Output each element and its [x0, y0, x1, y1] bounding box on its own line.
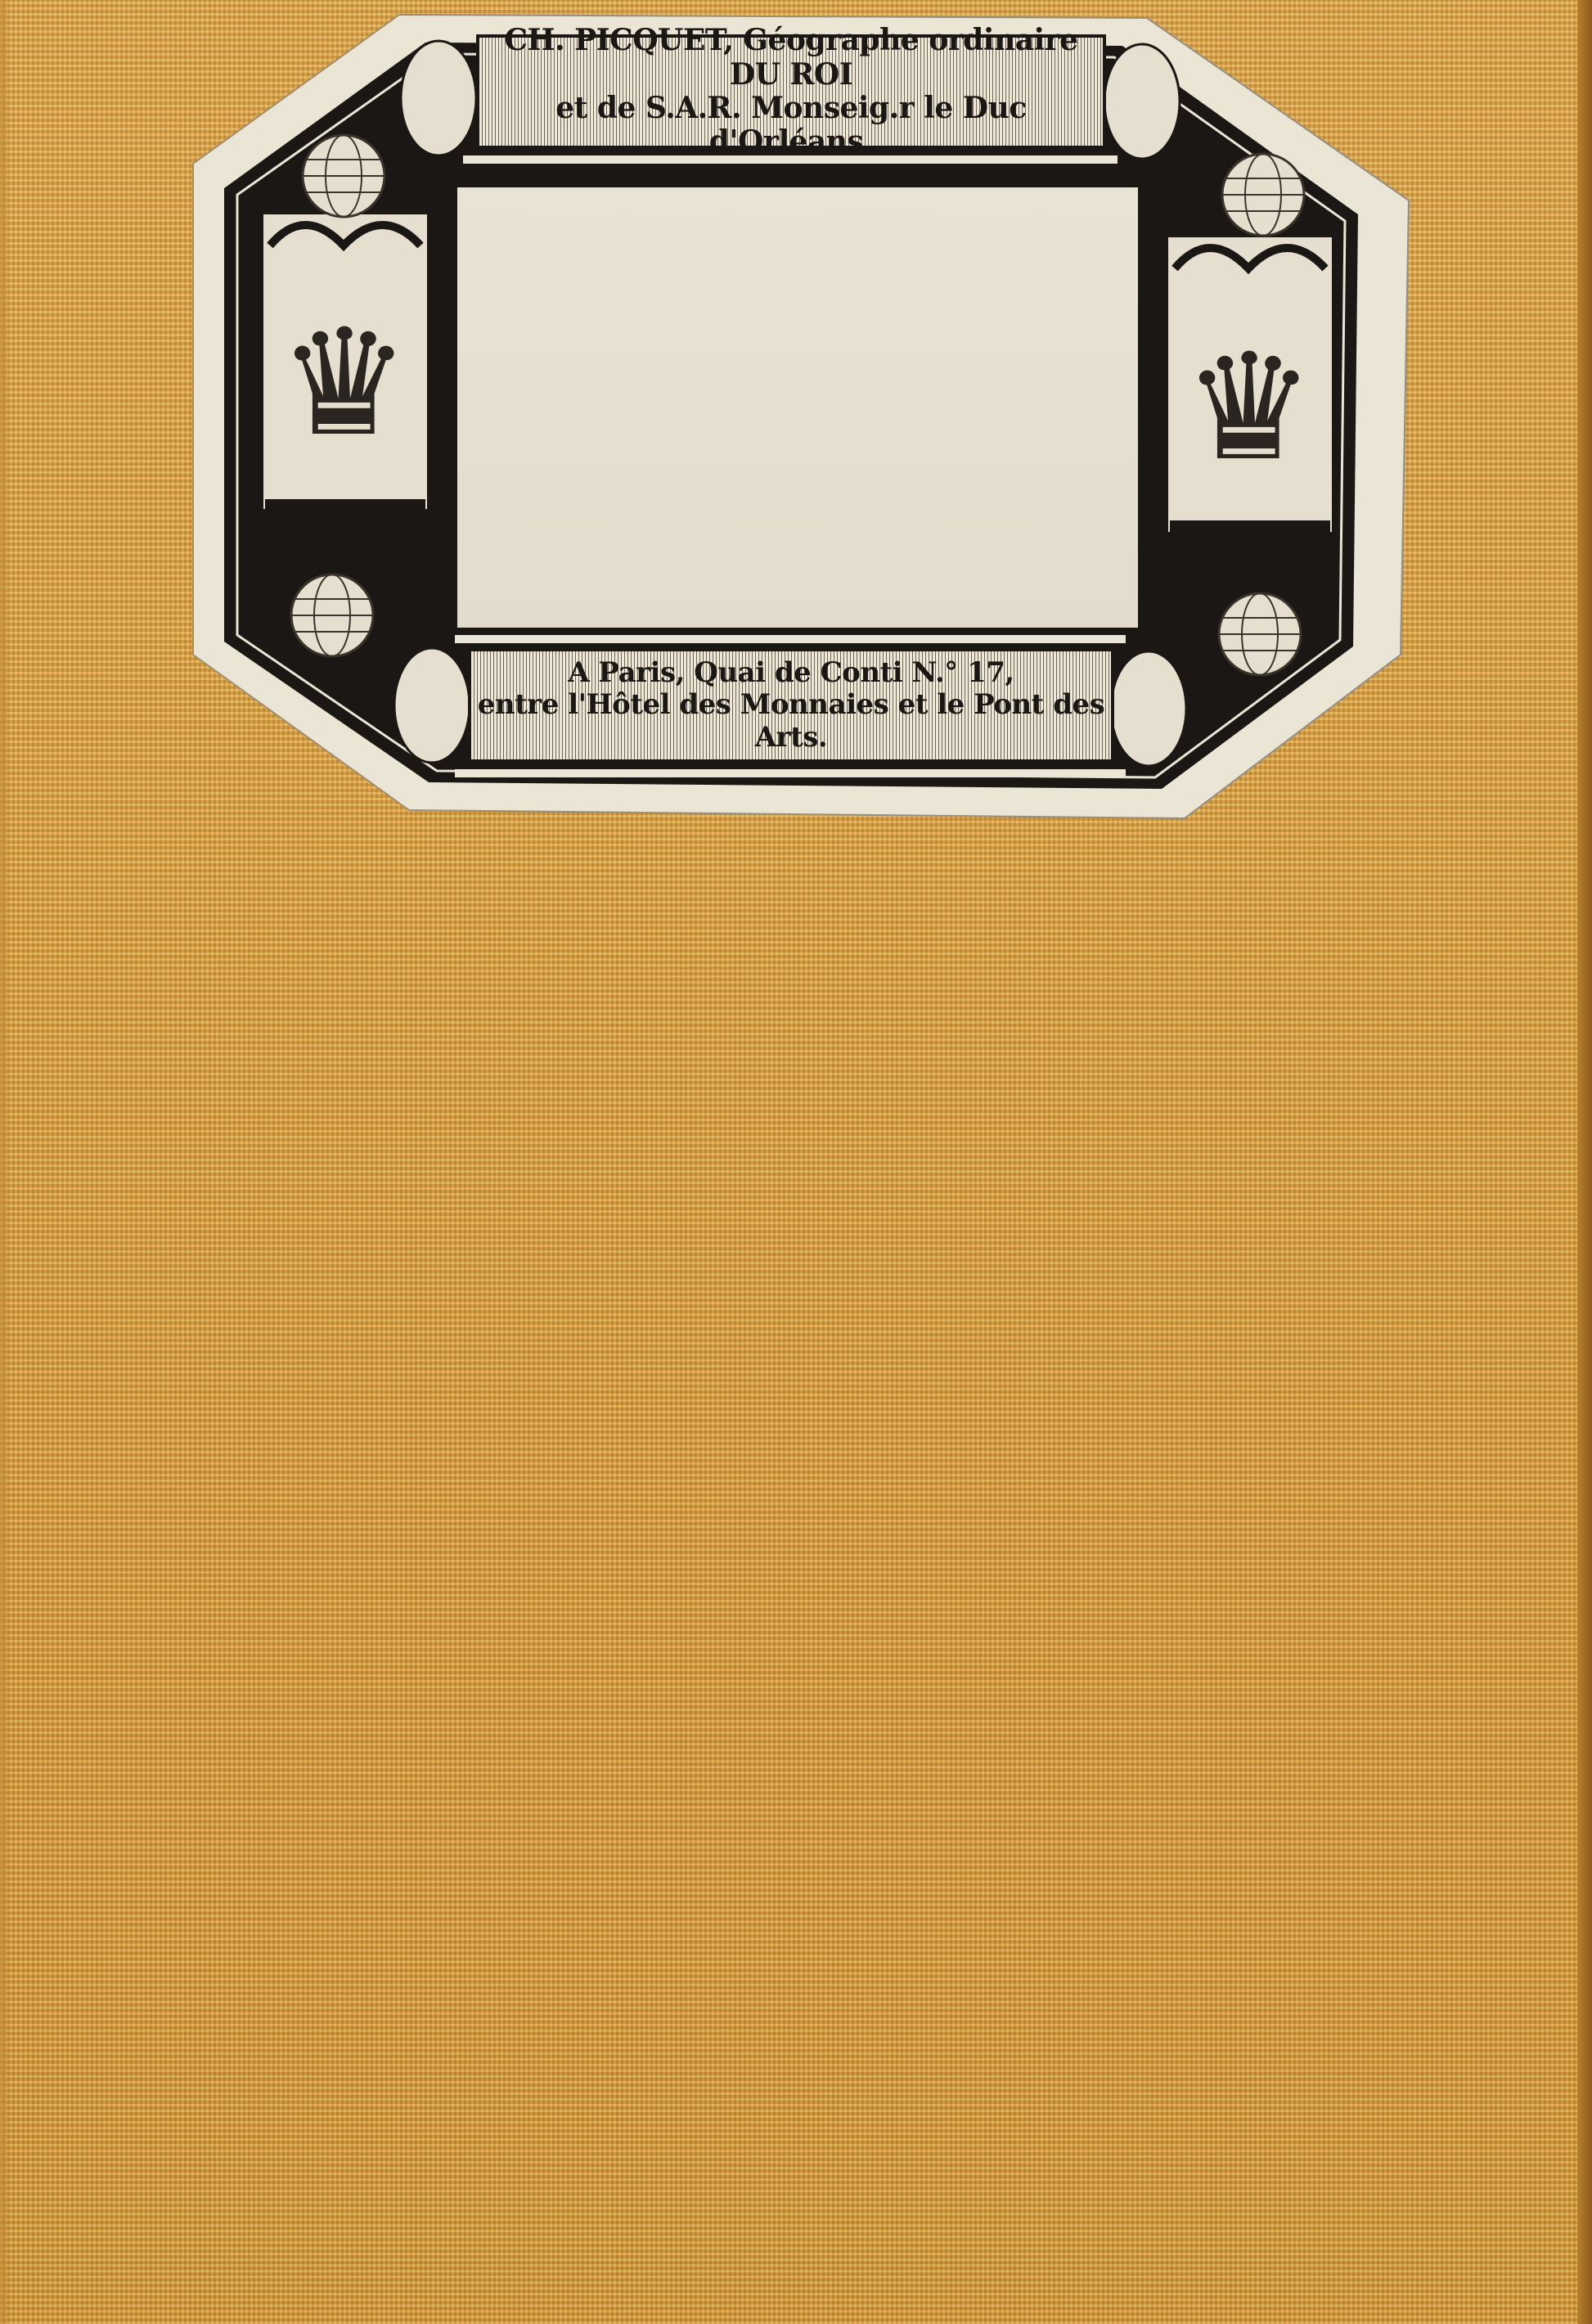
- left-seated-figure-icon: ♛: [278, 311, 410, 458]
- publisher-line-1: CH. PICQUET, Géographe ordinaire DU ROI: [479, 24, 1103, 92]
- address-line-2: entre l'Hôtel des Monnaies et le Pont de…: [471, 689, 1111, 753]
- right-seated-figure-icon: ♛: [1183, 336, 1315, 483]
- blank-title-panel: [455, 185, 1140, 630]
- address-cartouche: A Paris, Quai de Conti N.° 17, entre l'H…: [468, 648, 1114, 763]
- address-line-1: A Paris, Quai de Conti N.° 17,: [568, 657, 1014, 689]
- engraved-label: ♛ ♛ CH. PICQUET, Géographe ordinaire DU …: [0, 0, 1592, 826]
- publisher-cartouche: CH. PICQUET, Géographe ordinaire DU ROI …: [476, 34, 1106, 149]
- publisher-line-2: et de S.A.R. Monseig.r le Duc d'Orléans.: [479, 92, 1103, 160]
